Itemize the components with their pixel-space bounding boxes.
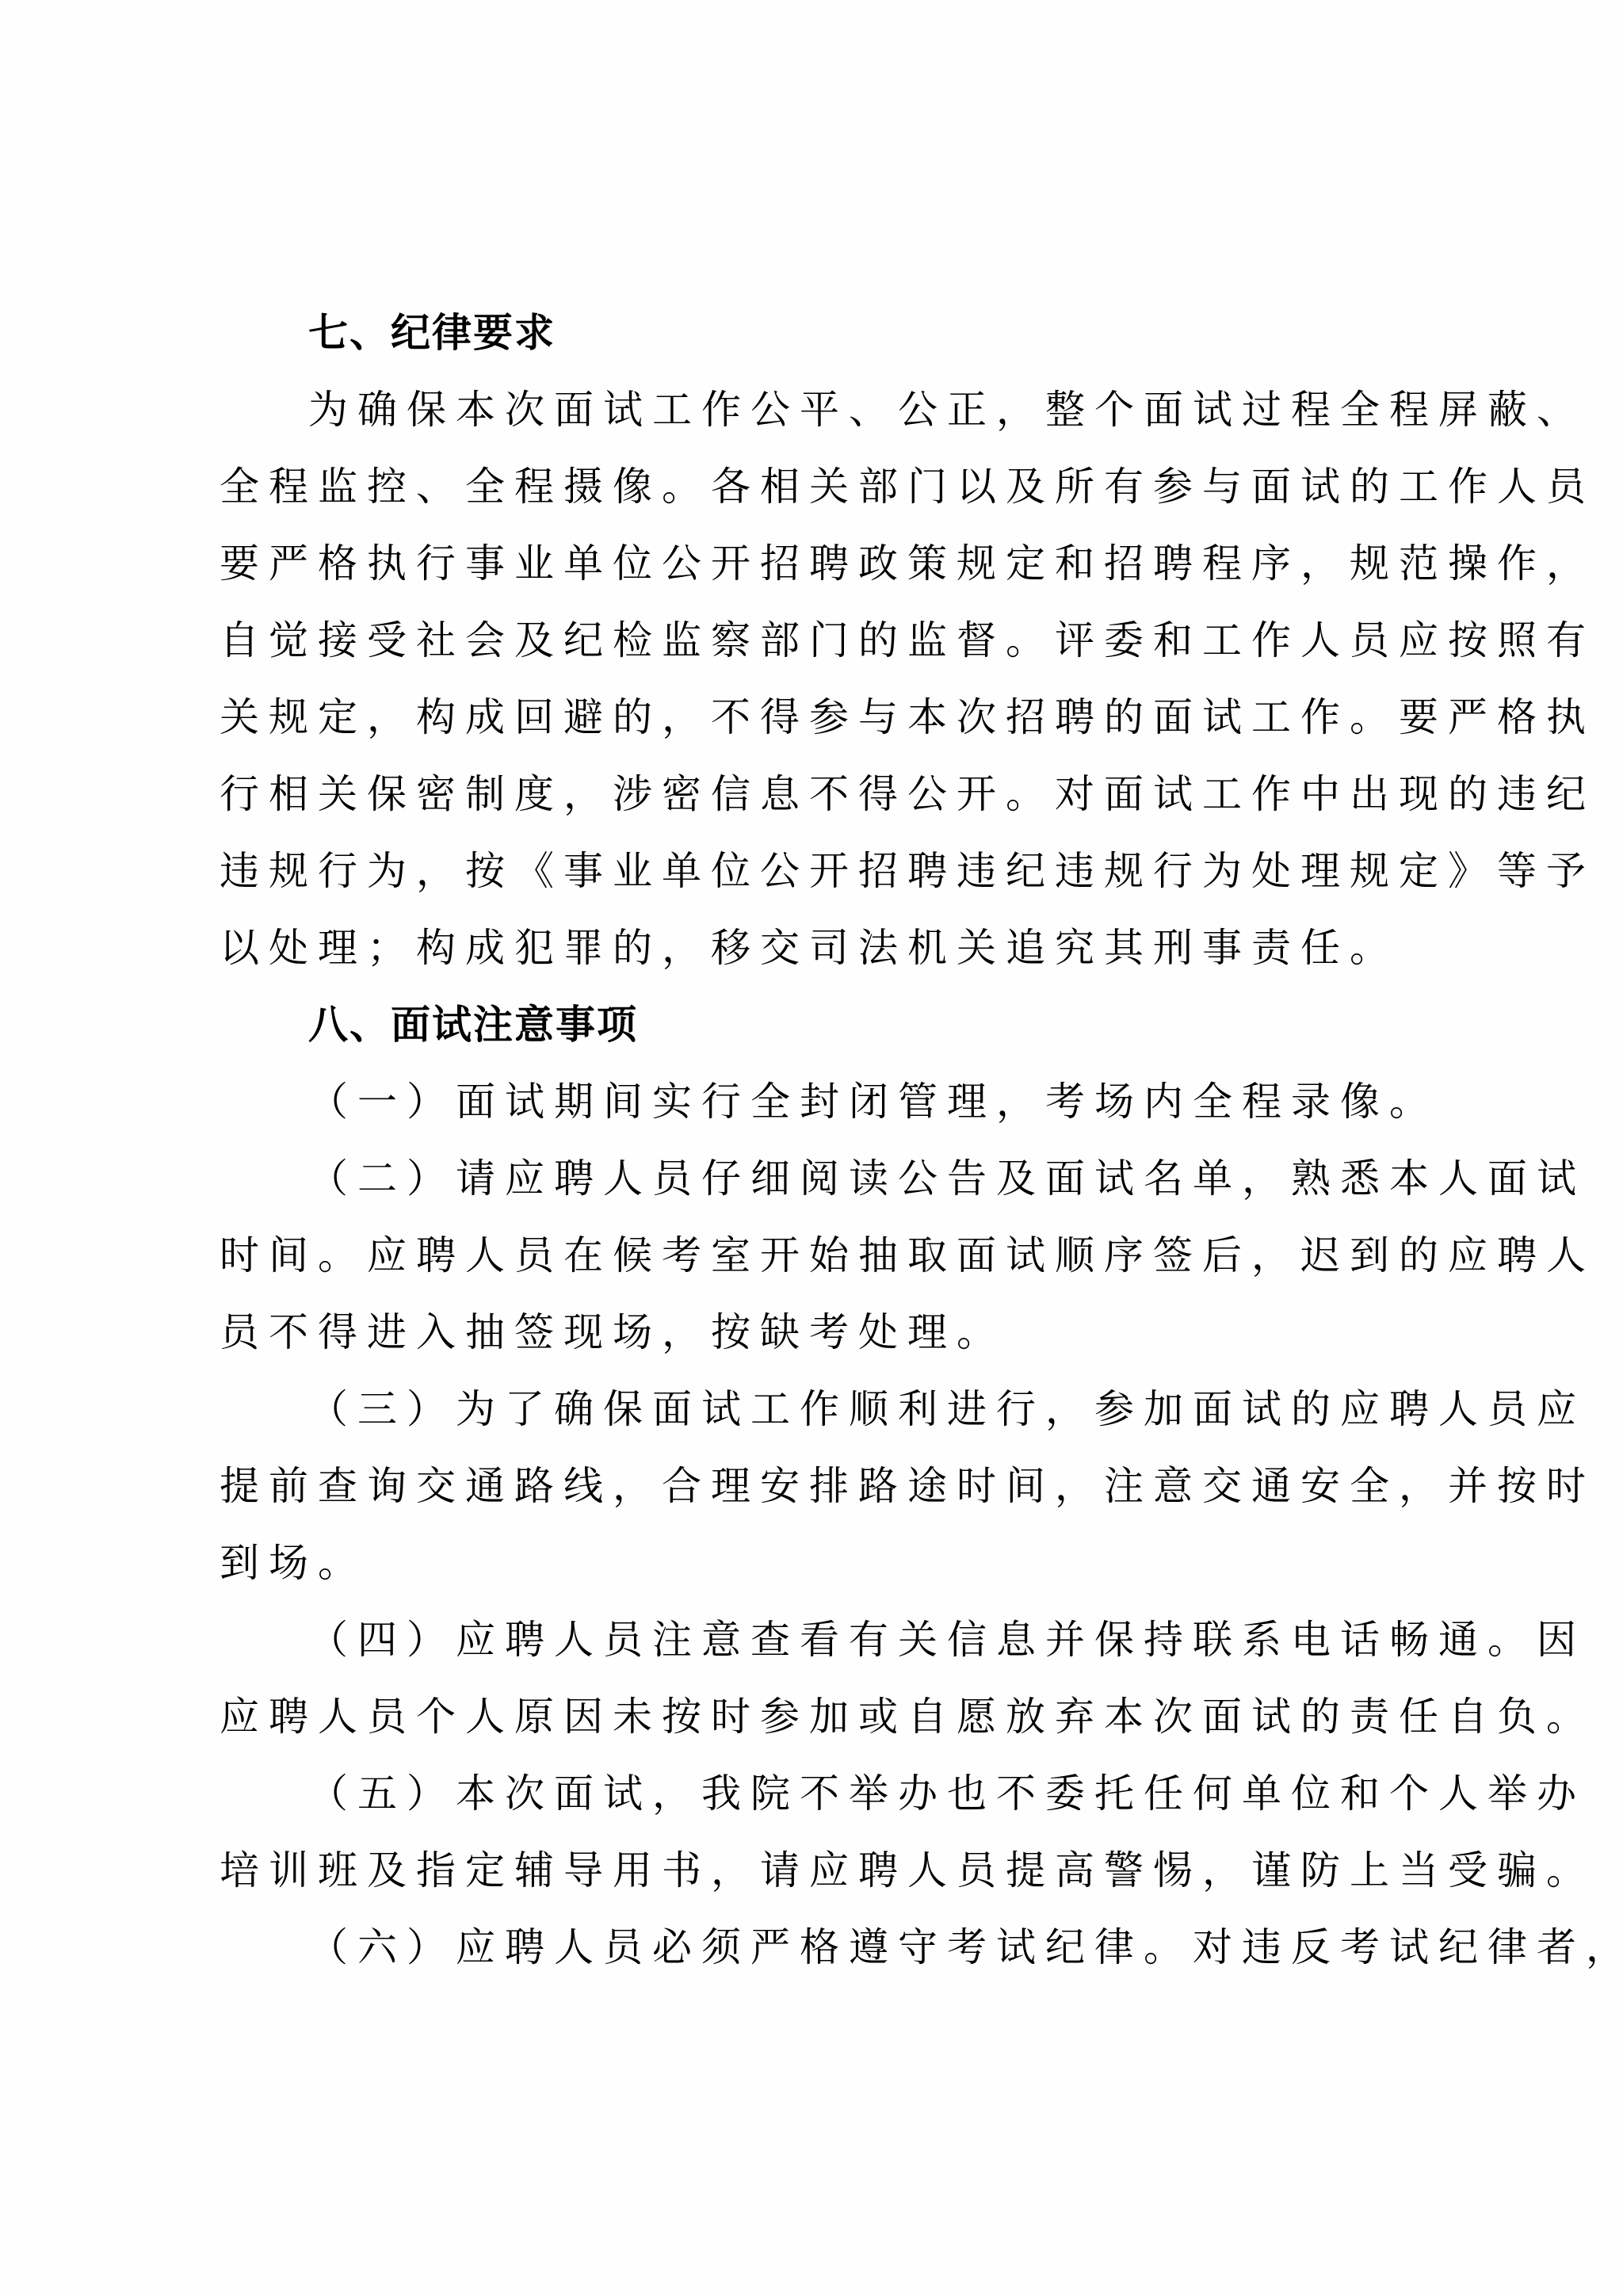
paragraph-line: 要严格执行事业单位公开招聘政策规定和招聘程序，规范操作， — [220, 525, 1420, 602]
paragraph-line: 员不得进入抽签现场，按缺考处理。 — [220, 1294, 1420, 1371]
paragraph-line: 培训班及指定辅导用书，请应聘人员提高警惕，谨防上当受骗。 — [220, 1832, 1420, 1909]
paragraph-line: 自觉接受社会及纪检监察部门的监督。评委和工作人员应按照有 — [220, 602, 1420, 679]
section-heading-discipline: 七、纪律要求 — [220, 295, 1420, 372]
list-item-5: （五）本次面试，我院不举办也不委托任何单位和个人举办 — [220, 1755, 1420, 1832]
paragraph-line: 关规定，构成回避的，不得参与本次招聘的面试工作。要严格执 — [220, 679, 1420, 756]
paragraph-line: 应聘人员个人原因未按时参加或自愿放弃本次面试的责任自负。 — [220, 1679, 1420, 1755]
paragraph-line: 为确保本次面试工作公平、公正，整个面试过程全程屏蔽、 — [220, 372, 1420, 449]
paragraph-line: 时间。应聘人员在候考室开始抽取面试顺序签后，迟到的应聘人 — [220, 1217, 1420, 1294]
paragraph-line: 以处理；构成犯罪的，移交司法机关追究其刑事责任。 — [220, 910, 1420, 987]
paragraph-line: 行相关保密制度，涉密信息不得公开。对面试工作中出现的违纪 — [220, 756, 1420, 833]
document-body: 七、纪律要求 为确保本次面试工作公平、公正，整个面试过程全程屏蔽、 全程监控、全… — [220, 295, 1420, 1986]
section-heading-interview-notes: 八、面试注意事项 — [220, 987, 1420, 1064]
document-page: 七、纪律要求 为确保本次面试工作公平、公正，整个面试过程全程屏蔽、 全程监控、全… — [0, 0, 1623, 2296]
list-item-2: （二）请应聘人员仔细阅读公告及面试名单，熟悉本人面试 — [220, 1140, 1420, 1217]
list-item-1: （一）面试期间实行全封闭管理，考场内全程录像。 — [220, 1064, 1420, 1140]
paragraph-line: 违规行为，按《事业单位公开招聘违纪违规行为处理规定》等予 — [220, 833, 1420, 910]
list-item-3: （三）为了确保面试工作顺利进行，参加面试的应聘人员应 — [220, 1371, 1420, 1448]
list-item-6: （六）应聘人员必须严格遵守考试纪律。对违反考试纪律者， — [220, 1909, 1420, 1986]
paragraph-line: 全程监控、全程摄像。各相关部门以及所有参与面试的工作人员 — [220, 449, 1420, 525]
paragraph-line: 提前查询交通路线，合理安排路途时间，注意交通安全，并按时 — [220, 1448, 1420, 1525]
list-item-4: （四）应聘人员注意查看有关信息并保持联系电话畅通。因 — [220, 1602, 1420, 1679]
paragraph-line: 到场。 — [220, 1525, 1420, 1602]
